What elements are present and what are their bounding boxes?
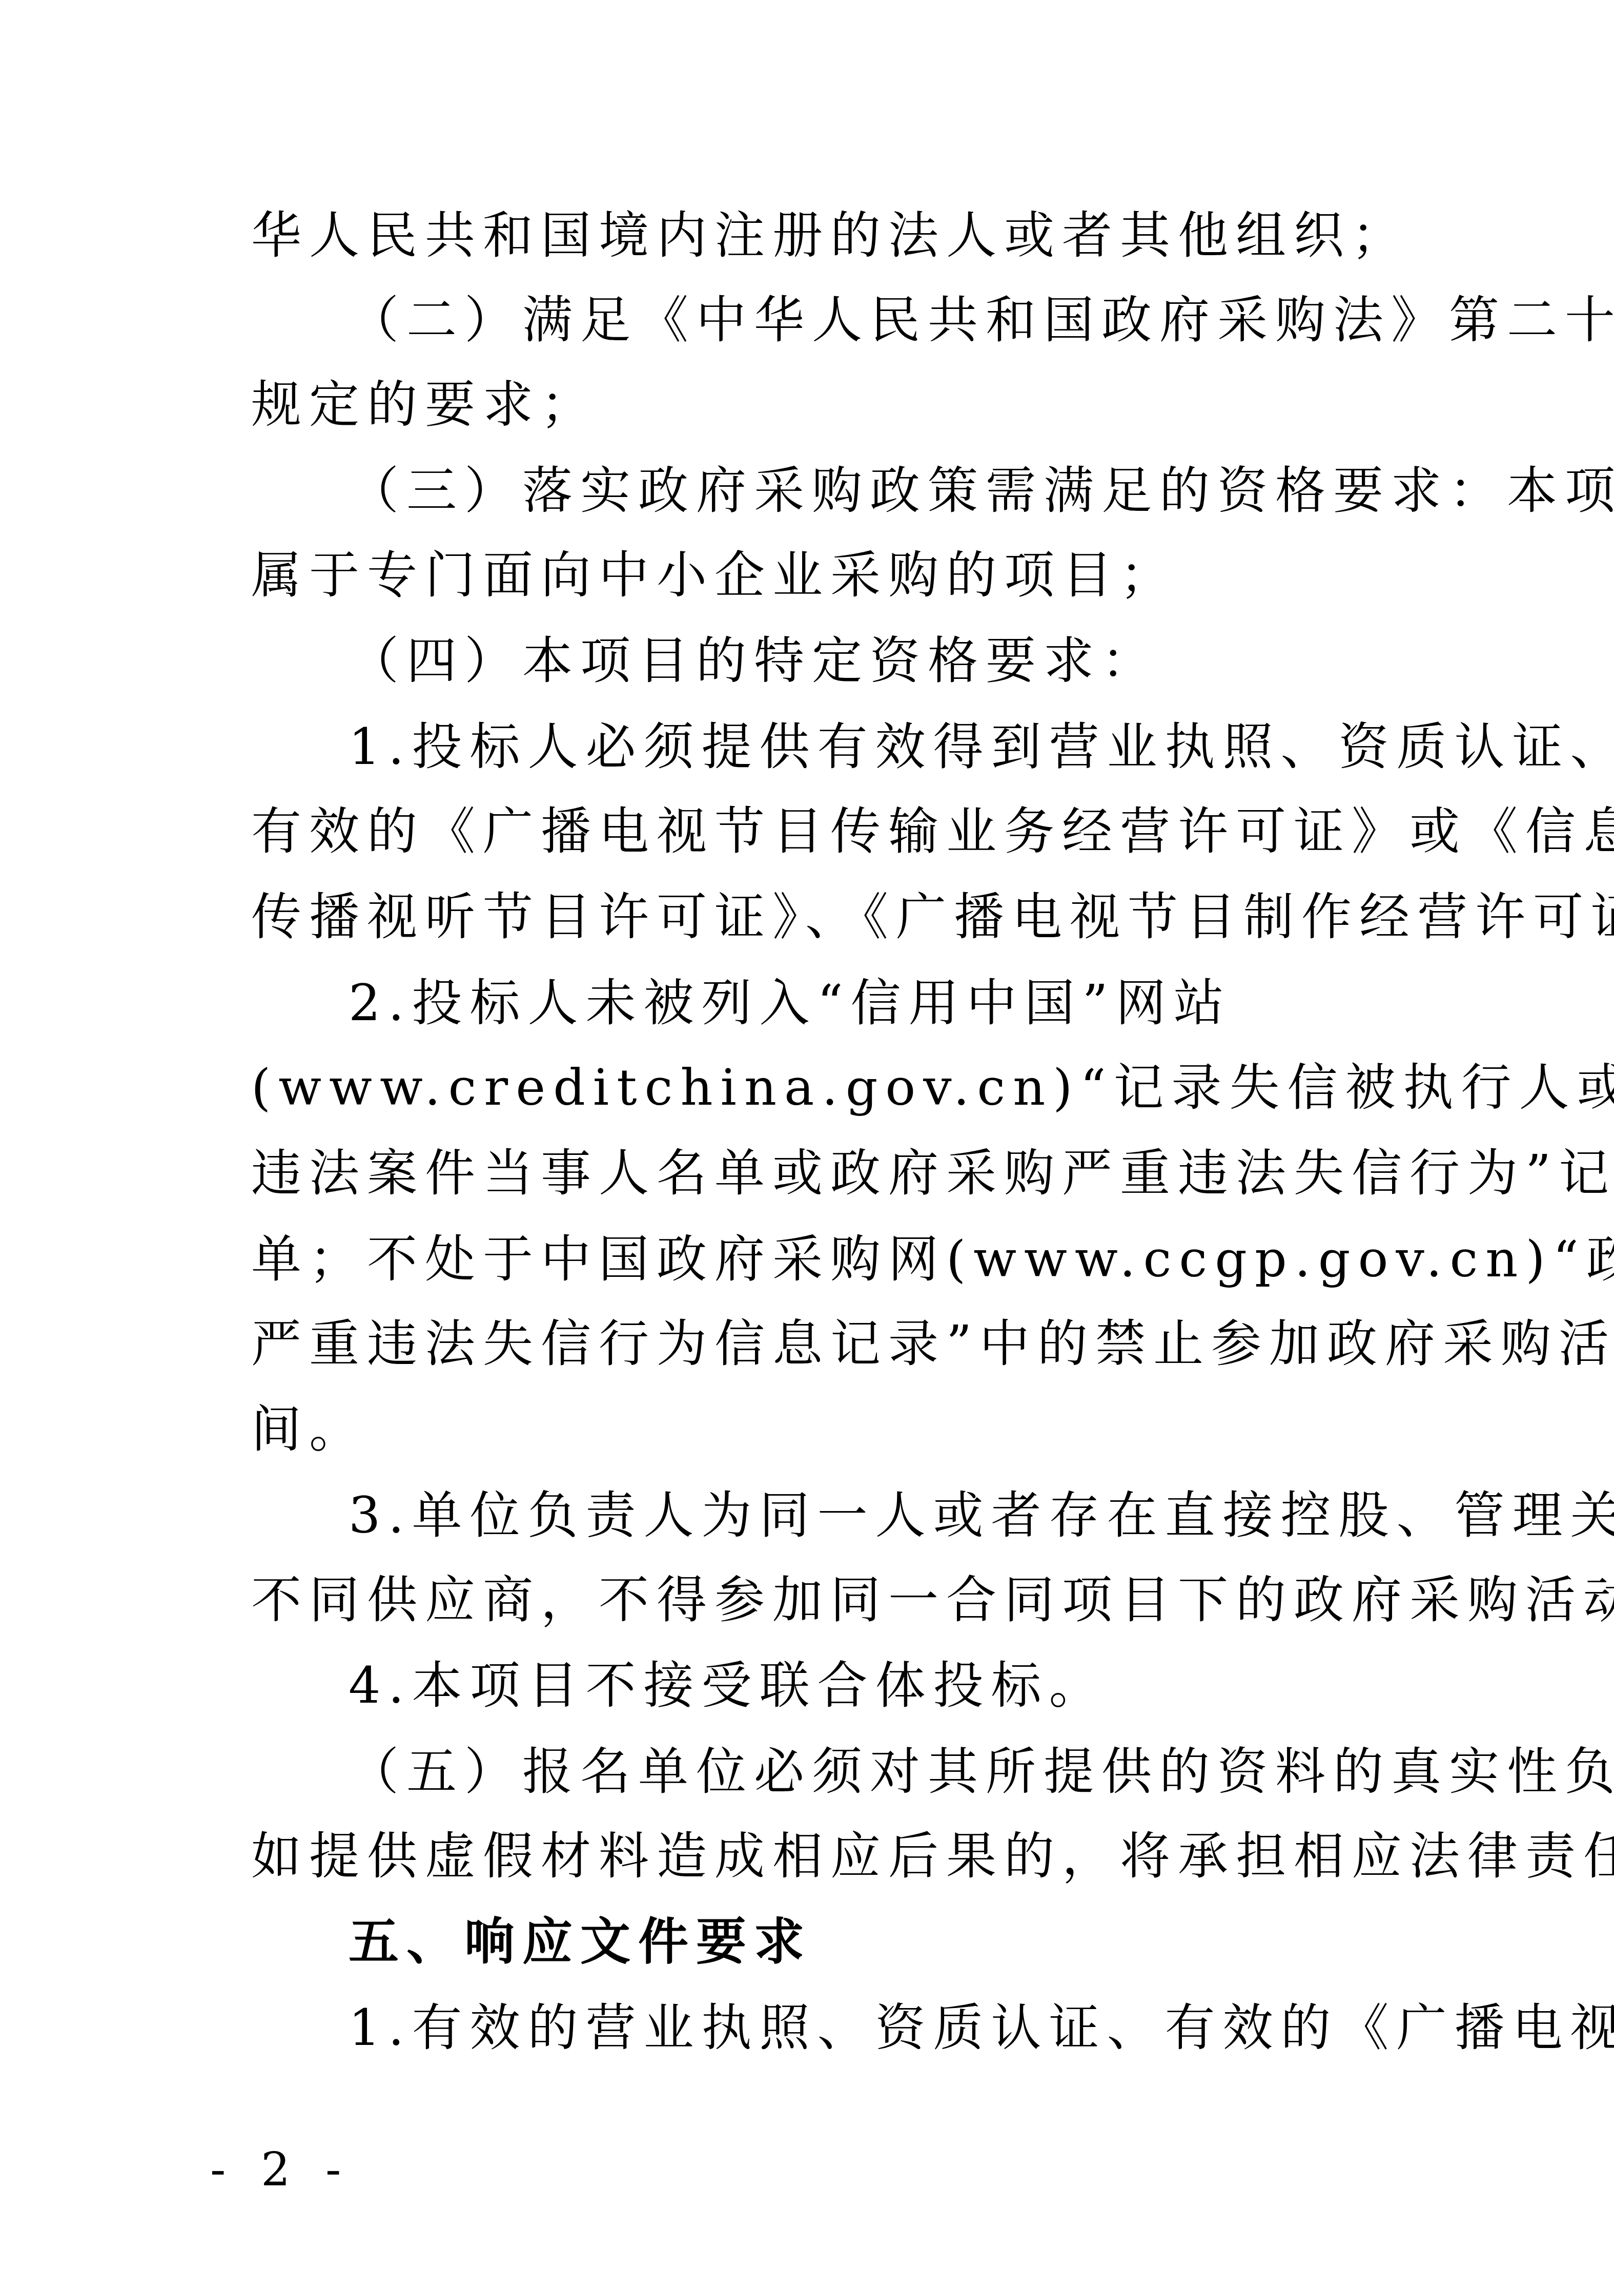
item-2-line-end: 间。 bbox=[251, 1399, 1399, 1460]
clause-3-line-cont: 属于专门面向中小企业采购的项目； bbox=[251, 545, 1399, 606]
body-line-continuation: 华人民共和国境内注册的法人或者其他组织； bbox=[251, 205, 1399, 266]
section-heading: 五、响应文件要求 bbox=[349, 1911, 1399, 1973]
item-2-line-cont2: 严重违法失信行为信息记录”中的禁止参加政府采购活动期 bbox=[251, 1313, 1399, 1375]
item-2-line-url: (www.creditchina.gov.cn)“记录失信被执行人或重大税收 bbox=[251, 1057, 1399, 1119]
item-1-line-cont: 有效的《广播电视节目传输业务经营许可证》或《信息网络 bbox=[251, 801, 1399, 862]
clause-2-line-cont: 规定的要求； bbox=[251, 374, 1399, 436]
item-3-line-cont: 不同供应商，不得参加同一合同项目下的政府采购活动。 bbox=[251, 1569, 1399, 1631]
clause-2-line: （二）满足《中华人民共和国政府采购法》第二十二条 bbox=[349, 289, 1399, 351]
item-4-line: 4.本项目不接受联合体投标。 bbox=[349, 1655, 1399, 1716]
item-2-line: 2.投标人未被列入“信用中国”网站 bbox=[349, 973, 1399, 1034]
item-2-line-cont: 违法案件当事人名单或政府采购严重违法失信行为”记录名 bbox=[251, 1143, 1399, 1204]
clause-5-line: （五）报名单位必须对其所提供的资料的真实性负责， bbox=[349, 1741, 1399, 1803]
item-2-line-ccgp: 单；不处于中国政府采购网(www.ccgp.gov.cn)“政府采购 bbox=[251, 1229, 1399, 1290]
item-1-line: 1.投标人必须提供有效得到营业执照、资质认证、具备 bbox=[349, 716, 1399, 778]
response-item-1-line: 1.有效的营业执照、资质认证、有效的《广播电视节目 bbox=[349, 1997, 1399, 2059]
page-number: - 2 - bbox=[210, 2142, 351, 2198]
item-1-line-cont2: 传播视听节目许可证》、《广播电视节目制作经营许可证》。 bbox=[251, 886, 1399, 948]
clause-5-line-cont: 如提供虚假材料造成相应后果的，将承担相应法律责任。 bbox=[251, 1826, 1399, 1887]
clause-4-line: （四）本项目的特定资格要求： bbox=[349, 630, 1399, 692]
document-page: 华人民共和国境内注册的法人或者其他组织； （二）满足《中华人民共和国政府采购法》… bbox=[0, 0, 1614, 2296]
clause-3-line: （三）落实政府采购政策需满足的资格要求：本项目不 bbox=[349, 460, 1399, 522]
item-3-line: 3.单位负责人为同一人或者存在直接控股、管理关系的 bbox=[349, 1485, 1399, 1546]
